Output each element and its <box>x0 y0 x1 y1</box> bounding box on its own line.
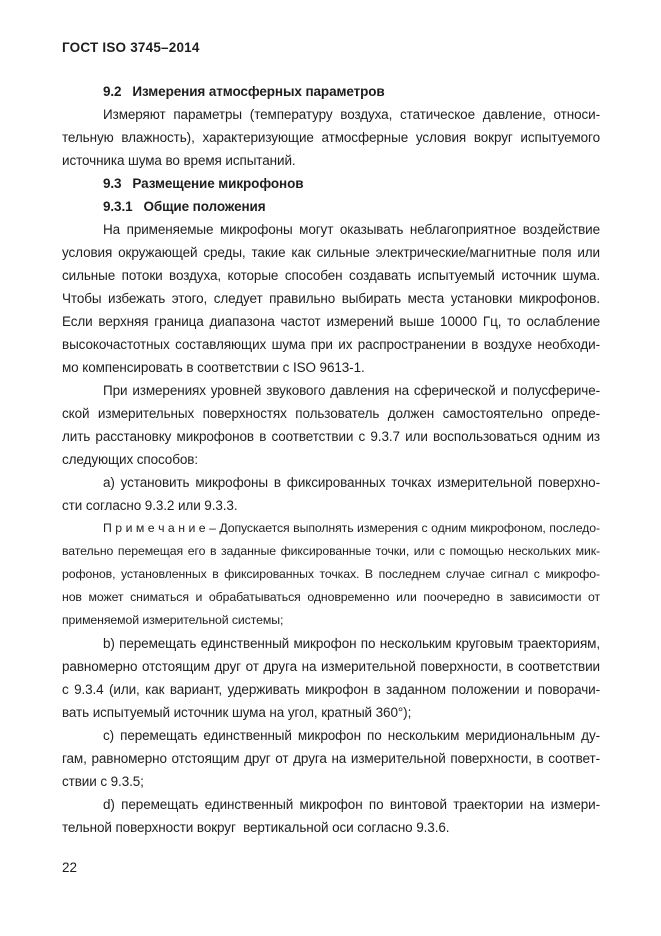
note-paragraph: П р и м е ч а н и е – Допускается выполн… <box>62 517 600 632</box>
text-line: Чтобы избежать этого, следует правильно … <box>62 287 600 310</box>
section-heading-9-3: 9.3 Размещение микрофонов <box>62 172 600 195</box>
list-item-a: а) установить микрофоны в фиксированных … <box>62 471 600 517</box>
section-heading-9-2: 9.2 Измерения атмосферных параметров <box>62 80 600 103</box>
text-line: с 9.3.4 (или, как вариант, удерживать ми… <box>62 678 600 701</box>
text-line: На применяемые микрофоны могут оказывать… <box>62 218 600 241</box>
text-line: d) перемещать единственный микрофон по в… <box>62 793 600 816</box>
text-line: Если верхняя граница диапазона частот из… <box>62 310 600 333</box>
document-content: 9.2 Измерения атмосферных параметровИзме… <box>62 80 600 839</box>
text-line: следующих способов: <box>62 448 600 471</box>
text-line: применяемой измерительной системы; <box>62 609 600 632</box>
list-item-b: b) перемещать единственный микрофон по н… <box>62 632 600 724</box>
text-line: вать испытуемый источник шума на угол, к… <box>62 701 600 724</box>
text-line: условия окружающей среды, такие как силь… <box>62 241 600 264</box>
text-line: b) перемещать единственный микрофон по н… <box>62 632 600 655</box>
text-line: сильные потоки воздуха, которые способен… <box>62 264 600 287</box>
text-line: c) перемещать единственный микрофон по н… <box>62 724 600 747</box>
list-item-c: c) перемещать единственный микрофон по н… <box>62 724 600 793</box>
text-line: 9.3 Размещение микрофонов <box>62 172 600 195</box>
text-line: сти согласно 9.3.2 или 9.3.3. <box>62 494 600 517</box>
paragraph-atmospheric: Измеряют параметры (температуру воздуха,… <box>62 103 600 172</box>
text-line: вательно перемещая его в заданные фиксир… <box>62 540 600 563</box>
list-item-d: d) перемещать единственный микрофон по в… <box>62 793 600 839</box>
page-number: 22 <box>62 856 77 879</box>
text-line: нов может сниматься и обрабатываться одн… <box>62 586 600 609</box>
document-page: ГОСТ ISO 3745–2014 9.2 Измерения атмосфе… <box>0 0 661 936</box>
text-line: ской измерительных поверхностях пользова… <box>62 402 600 425</box>
section-heading-9-3-1: 9.3.1 Общие положения <box>62 195 600 218</box>
text-line: тельной поверхности вокруг вертикальной … <box>62 816 600 839</box>
paragraph-sound-pressure: При измерениях уровней звукового давлени… <box>62 379 600 471</box>
text-line: высокочастотных составляющих шума при их… <box>62 333 600 356</box>
text-line: гам, равномерно отстоящим друг от друга … <box>62 747 600 770</box>
text-line: лить расстановку микрофонов в соответств… <box>62 425 600 448</box>
text-line: рофонов, установленных в фиксированных т… <box>62 563 600 586</box>
paragraph-microphone-conditions: На применяемые микрофоны могут оказывать… <box>62 218 600 379</box>
text-line: Измеряют параметры (температуру воздуха,… <box>62 103 600 126</box>
text-line: тельную влажность), характеризующие атмо… <box>62 126 600 149</box>
text-line: а) установить микрофоны в фиксированных … <box>62 471 600 494</box>
text-line: П р и м е ч а н и е – Допускается выполн… <box>62 517 600 540</box>
text-line: 9.2 Измерения атмосферных параметров <box>62 80 600 103</box>
document-header-standard-number: ГОСТ ISO 3745–2014 <box>62 36 200 59</box>
text-line: равномерно отстоящим друг от друга на из… <box>62 655 600 678</box>
text-line: При измерениях уровней звукового давлени… <box>62 379 600 402</box>
text-line: ствии с 9.3.5; <box>62 770 600 793</box>
text-line: мо компенсировать в соответствии с ISO 9… <box>62 356 600 379</box>
text-line: 9.3.1 Общие положения <box>62 195 600 218</box>
text-line: источника шума во время испытаний. <box>62 149 600 172</box>
